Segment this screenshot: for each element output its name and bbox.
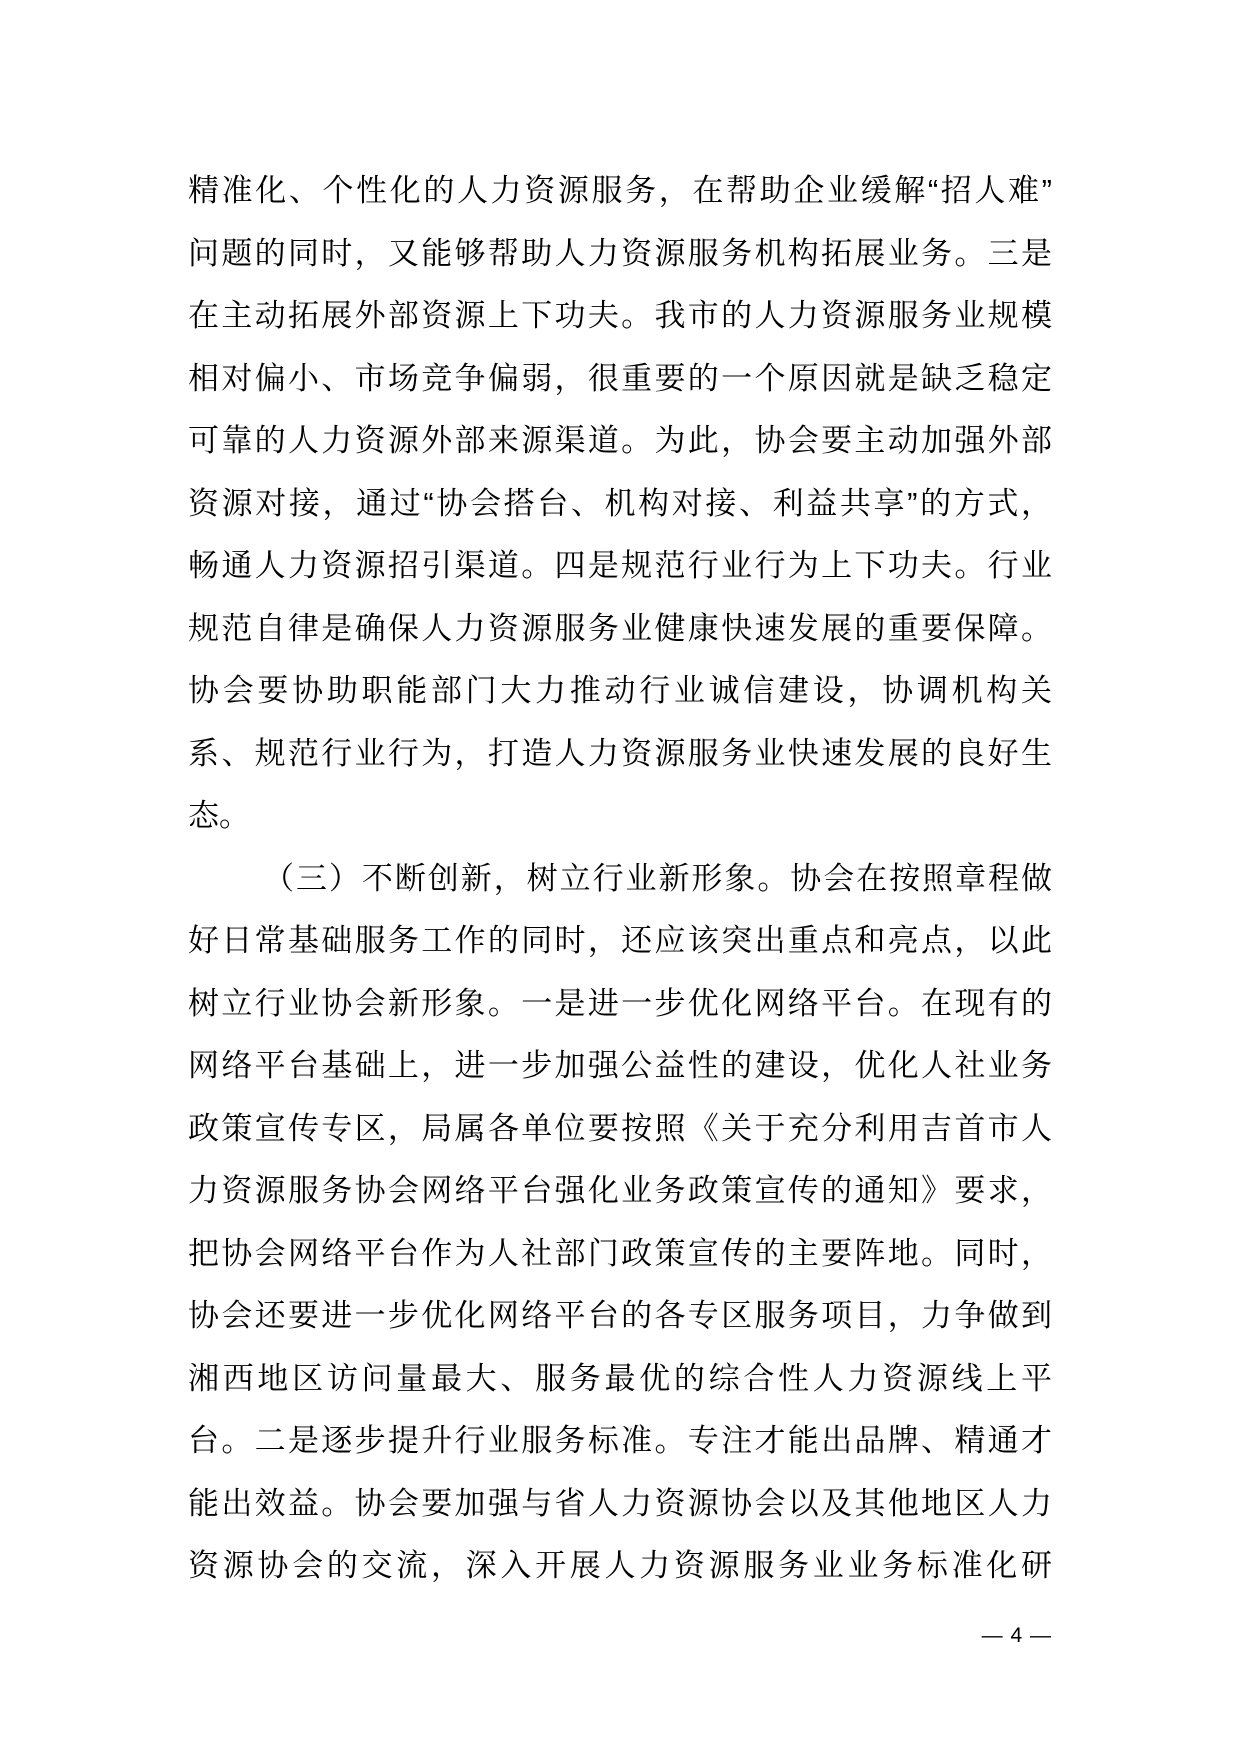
text-line: 态。: [188, 785, 1052, 848]
text-line: 湘西地区访问量最大、服务最优的综合性人力资源线上平: [188, 1348, 1052, 1411]
text-line: 协会还要进一步优化网络平台的各专区服务项目，力争做到: [188, 1285, 1052, 1348]
page-number: — 4 —: [188, 1624, 1060, 1648]
text-line: 能出效益。协会要加强与省人力资源协会以及其他地区人力: [188, 1473, 1052, 1536]
text-line: 畅通人力资源招引渠道。四是规范行业行为上下功夫。行业: [188, 535, 1052, 598]
text-line: 把协会网络平台作为人社部门政策宣传的主要阵地。同时，: [188, 1223, 1052, 1286]
text-line: 好日常基础服务工作的同时，还应该突出重点和亮点，以此: [188, 910, 1052, 973]
text-line: 政策宣传专区，局属各单位要按照《关于充分利用吉首市人: [188, 1098, 1052, 1161]
text-line: 在主动拓展外部资源上下功夫。我市的人力资源服务业规模: [188, 285, 1052, 348]
text-line: 台。二是逐步提升行业服务标准。专注才能出品牌、精通才: [188, 1410, 1052, 1473]
text-line: 可靠的人力资源外部来源渠道。为此，协会要主动加强外部: [188, 410, 1052, 473]
text-line: 网络平台基础上，进一步加强公益性的建设，优化人社业务: [188, 1035, 1052, 1098]
text-line: 系、规范行业行为，打造人力资源服务业快速发展的良好生: [188, 723, 1052, 786]
text-line: 问题的同时，又能够帮助人力资源服务机构拓展业务。三是: [188, 223, 1052, 286]
text-line: （三）不断创新，树立行业新形象。协会在按照章程做: [188, 848, 1052, 911]
text-line: 协会要协助职能部门大力推动行业诚信建设，协调机构关: [188, 660, 1052, 723]
text-line: 相对偏小、市场竞争偏弱，很重要的一个原因就是缺乏稳定: [188, 348, 1052, 411]
document-page: 精准化、个性化的人力资源服务，在帮助企业缓解“招人难”问题的同时，又能够帮助人力…: [0, 0, 1240, 1753]
text-line: 精准化、个性化的人力资源服务，在帮助企业缓解“招人难”: [188, 160, 1052, 223]
text-line: 规范自律是确保人力资源服务业健康快速发展的重要保障。: [188, 598, 1052, 661]
text-line: 资源对接，通过“协会搭台、机构对接、利益共享”的方式，: [188, 473, 1052, 536]
text-line: 资源协会的交流，深入开展人力资源服务业业务标准化研: [188, 1535, 1052, 1598]
text-line: 力资源服务协会网络平台强化业务政策宣传的通知》要求，: [188, 1160, 1052, 1223]
document-body: 精准化、个性化的人力资源服务，在帮助企业缓解“招人难”问题的同时，又能够帮助人力…: [188, 160, 1052, 1598]
text-line: 树立行业协会新形象。一是进一步优化网络平台。在现有的: [188, 973, 1052, 1036]
